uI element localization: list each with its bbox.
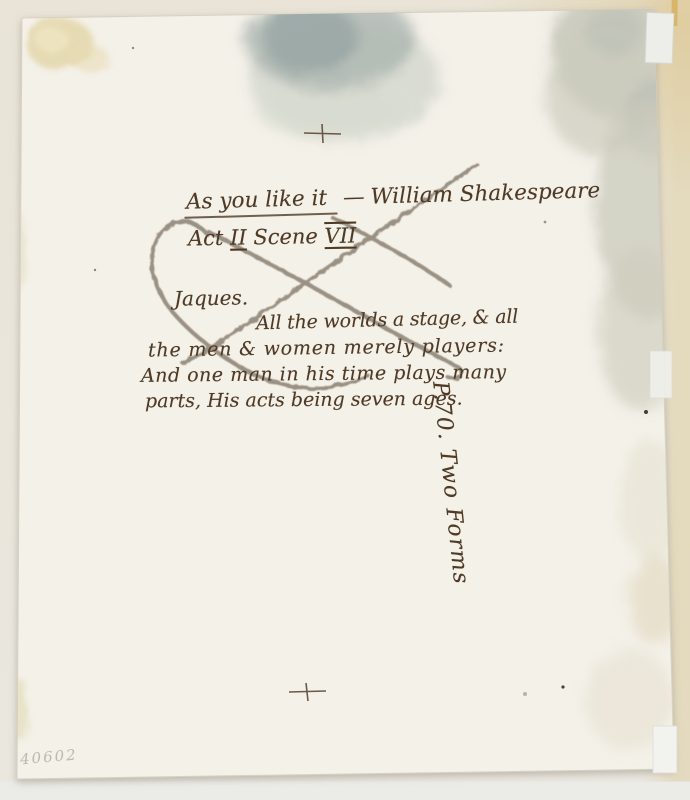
act-word: Act bbox=[188, 226, 224, 251]
title-text: As you like it bbox=[184, 186, 338, 219]
quote-line-4: parts, His acts being seven ages. bbox=[145, 388, 463, 413]
speaker-name: Jaques. bbox=[174, 285, 249, 310]
scene-numeral: VII bbox=[324, 224, 356, 249]
act-scene-line: Act II Scene VII bbox=[188, 224, 357, 251]
scanned-manuscript-photo: As you like it—William Shakespeare Act I… bbox=[0, 0, 690, 800]
tape-middle bbox=[650, 351, 672, 398]
title-dash: — bbox=[343, 185, 365, 211]
scene-word: Scene bbox=[253, 224, 318, 249]
tape-bottom bbox=[653, 726, 677, 773]
act-numeral: II bbox=[230, 225, 247, 249]
tape-top bbox=[645, 13, 674, 64]
